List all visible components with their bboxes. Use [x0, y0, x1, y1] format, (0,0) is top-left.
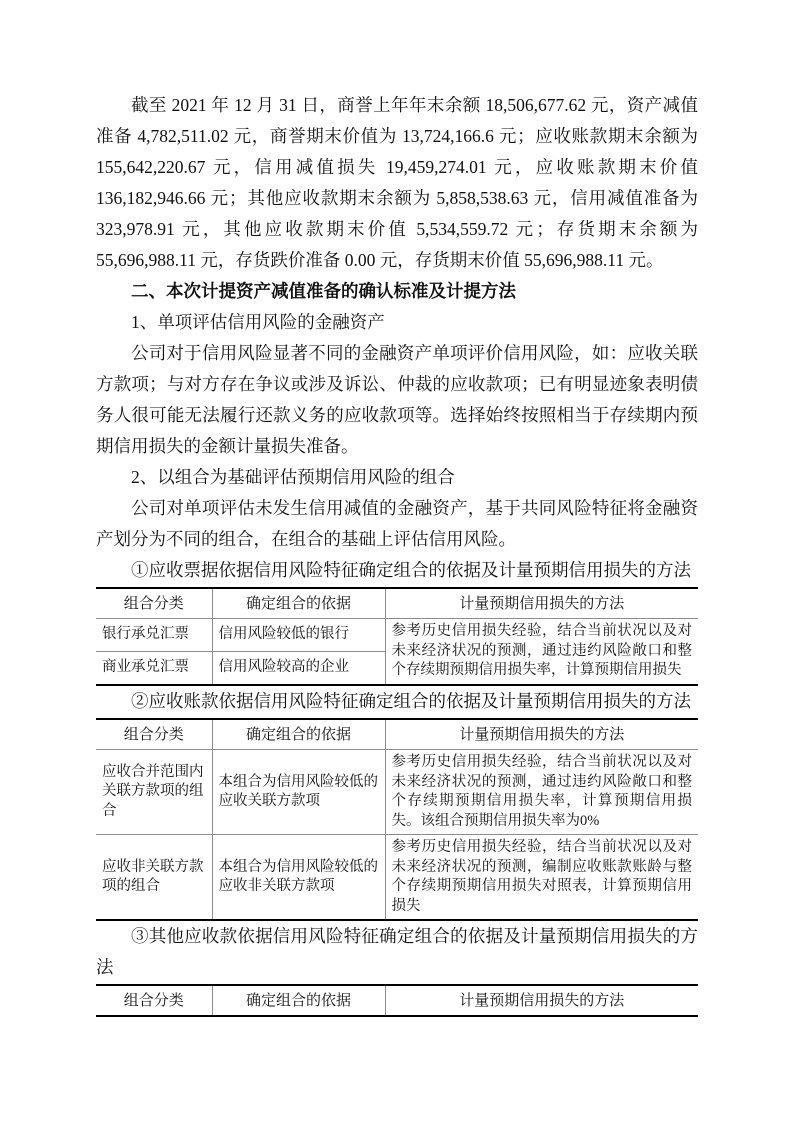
- portfolio-category-cell: 应收合并范围内关联方款项的组合: [96, 750, 212, 835]
- table-3-caption: ③其他应收款依据信用风险特征确定组合的依据及计量预期信用损失的方法: [96, 921, 698, 983]
- table-1-caption: ①应收票据依据信用风险特征确定组合的依据及计量预期信用损失的方法: [96, 555, 698, 586]
- subsection-2-paragraph: 公司对单项评估未发生信用减值的金融资产，基于共同风险特征将金融资产划分为不同的组…: [96, 493, 698, 555]
- header-portfolio-category: 组合分类: [96, 588, 212, 619]
- document-page: 截至 2021 年 12 月 31 日，商誉上年年末余额 18,506,677.…: [0, 0, 793, 1122]
- subsection-2-heading: 2、以组合为基础评估预期信用风险的组合: [96, 462, 698, 493]
- subsection-1-heading: 1、单项评估信用风险的金融资产: [96, 307, 698, 338]
- ecl-method-cell: 参考历史信用损失经验，结合当前状况以及对未来经济状况的预测，通过违约风险敞口和整…: [385, 750, 698, 835]
- table-header-row: 组合分类 确定组合的依据 计量预期信用损失的方法: [96, 985, 698, 1016]
- portfolio-basis-cell: 信用风险较高的企业: [212, 652, 385, 686]
- ecl-method-cell: 参考历史信用损失经验，结合当前状况以及对未来经济状况的预测，通过违约风险敞口和整…: [385, 619, 698, 686]
- summary-paragraph: 截至 2021 年 12 月 31 日，商誉上年年末余额 18,506,677.…: [96, 90, 698, 276]
- table-header-row: 组合分类 确定组合的依据 计量预期信用损失的方法: [96, 719, 698, 750]
- section-2-heading: 二、本次计提资产减值准备的确认标准及计提方法: [96, 276, 698, 307]
- portfolio-basis-cell: 信用风险较低的银行: [212, 619, 385, 652]
- header-portfolio-basis: 确定组合的依据: [212, 985, 385, 1016]
- table-row: 应收合并范围内关联方款项的组合 本组合为信用风险较低的应收关联方款项 参考历史信…: [96, 750, 698, 835]
- portfolio-basis-cell: 本组合为信用风险较低的应收非关联方款项: [212, 835, 385, 921]
- header-ecl-method: 计量预期信用损失的方法: [385, 985, 698, 1016]
- header-portfolio-basis: 确定组合的依据: [212, 719, 385, 750]
- portfolio-category-cell: 银行承兑汇票: [96, 619, 212, 652]
- portfolio-category-cell: 商业承兑汇票: [96, 652, 212, 686]
- table-row: 应收非关联方款项的组合 本组合为信用风险较低的应收非关联方款项 参考历史信用损失…: [96, 835, 698, 921]
- ecl-method-cell: 参考历史信用损失经验，结合当前状况以及对未来经济状况的预测，编制应收账款账龄与整…: [385, 835, 698, 921]
- portfolio-category-cell: 应收非关联方款项的组合: [96, 835, 212, 921]
- header-ecl-method: 计量预期信用损失的方法: [385, 719, 698, 750]
- notes-receivable-portfolio-table: 组合分类 确定组合的依据 计量预期信用损失的方法 银行承兑汇票 信用风险较低的银…: [96, 587, 698, 686]
- header-portfolio-category: 组合分类: [96, 985, 212, 1016]
- table-header-row: 组合分类 确定组合的依据 计量预期信用损失的方法: [96, 588, 698, 619]
- subsection-1-paragraph: 公司对于信用风险显著不同的金融资产单项评价信用风险，如：应收关联方款项；与对方存…: [96, 338, 698, 462]
- table-row: 银行承兑汇票 信用风险较低的银行 参考历史信用损失经验，结合当前状况以及对未来经…: [96, 619, 698, 652]
- header-portfolio-basis: 确定组合的依据: [212, 588, 385, 619]
- portfolio-basis-cell: 本组合为信用风险较低的应收关联方款项: [212, 750, 385, 835]
- header-portfolio-category: 组合分类: [96, 719, 212, 750]
- accounts-receivable-portfolio-table: 组合分类 确定组合的依据 计量预期信用损失的方法 应收合并范围内关联方款项的组合…: [96, 718, 698, 921]
- table-2-caption: ②应收账款依据信用风险特征确定组合的依据及计量预期信用损失的方法: [96, 686, 698, 717]
- other-receivables-portfolio-table: 组合分类 确定组合的依据 计量预期信用损失的方法: [96, 984, 698, 1017]
- header-ecl-method: 计量预期信用损失的方法: [385, 588, 698, 619]
